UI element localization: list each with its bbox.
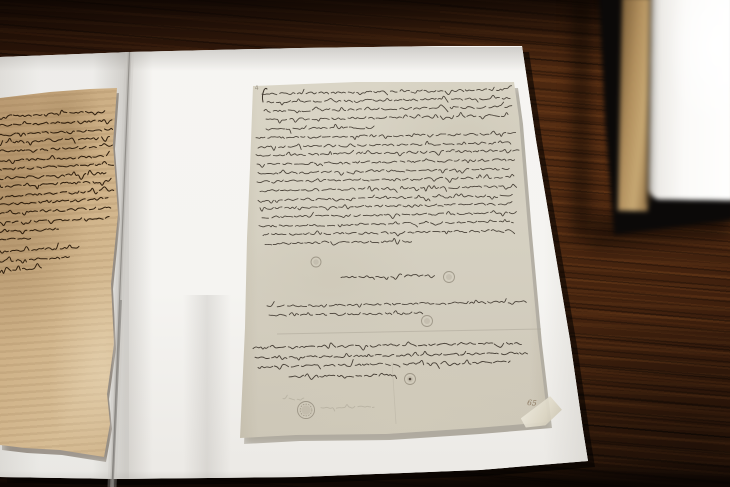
archive-box xyxy=(584,0,730,244)
page-bow-shadow xyxy=(183,295,231,487)
box-paper-stack xyxy=(649,0,730,201)
right-manuscript-sheet xyxy=(236,78,552,442)
manuscript-photograph: 65 4 xyxy=(0,0,730,487)
left-manuscript-sheet xyxy=(0,84,124,459)
box-interior xyxy=(584,0,730,244)
